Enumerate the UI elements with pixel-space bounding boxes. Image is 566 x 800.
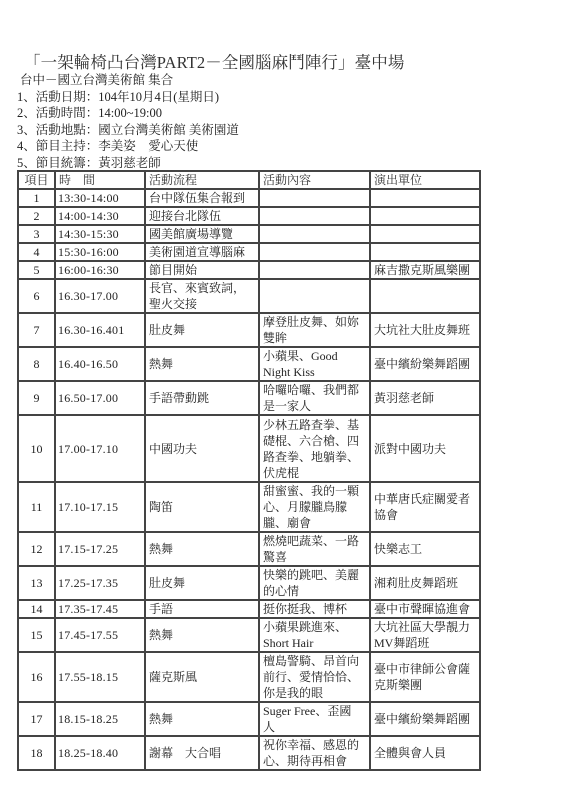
cell-item-no: 15 xyxy=(18,618,55,652)
cell-performer: 臺中市聲暉協進會 xyxy=(370,600,480,618)
table-row: 3 14:30-15:30 國美館廣場導覽 xyxy=(18,225,480,243)
cell-item-no: 14 xyxy=(18,600,55,618)
header-time: 時 間 xyxy=(55,171,145,189)
table-row: 13 17.25-17.35 肚皮舞 快樂的跳吧、美麗 的心情 湘莉肚皮舞蹈班 xyxy=(18,566,480,600)
table-row: 7 16.30-16.401 肚皮舞 摩登肚皮舞、如妳 雙眸 大坑社大肚皮舞班 xyxy=(18,313,480,347)
cell-time: 17.45-17.55 xyxy=(55,618,145,652)
header-performer: 演出單位 xyxy=(370,171,480,189)
cell-performer: 大坑社區大學靚力 MV舞蹈班 xyxy=(370,618,480,652)
cell-item-no: 12 xyxy=(18,532,55,566)
table-row: 4 15:30-16:00 美術園道宣導腦麻 xyxy=(18,243,480,261)
cell-performer: 湘莉肚皮舞蹈班 xyxy=(370,566,480,600)
cell-time: 17.15-17.25 xyxy=(55,532,145,566)
document-title: 「一架輪椅凸台灣PART2－全國腦麻鬥陣行」臺中場 xyxy=(24,53,404,72)
cell-performer xyxy=(370,243,480,261)
cell-content xyxy=(259,207,370,225)
cell-flow: 手語 xyxy=(145,600,259,618)
cell-time: 18.15-18.25 xyxy=(55,702,145,736)
cell-flow: 節目開始 xyxy=(145,261,259,279)
cell-flow: 台中隊伍集合報到 xyxy=(145,189,259,207)
cell-performer: 快樂志工 xyxy=(370,532,480,566)
header-flow: 活動流程 xyxy=(145,171,259,189)
info-location: 3、活動地點：國立台灣美術館 美術園道 xyxy=(17,122,239,139)
cell-performer: 黃羽慈老師 xyxy=(370,381,480,415)
cell-flow: 中國功夫 xyxy=(145,415,259,482)
cell-flow: 國美館廣場導覽 xyxy=(145,225,259,243)
info-time: 2、活動時間：14:00~19:00 xyxy=(17,105,239,122)
cell-item-no: 6 xyxy=(18,279,55,313)
table-row: 10 17.00-17.10 中國功夫 少林五路查拳、基 礎棍、六合槍、四 路查… xyxy=(18,415,480,482)
cell-time: 18.25-18.40 xyxy=(55,736,145,770)
cell-flow: 美術園道宣導腦麻 xyxy=(145,243,259,261)
cell-time: 16.30-16.401 xyxy=(55,313,145,347)
cell-item-no: 16 xyxy=(18,652,55,702)
cell-performer xyxy=(370,207,480,225)
cell-item-no: 1 xyxy=(18,189,55,207)
cell-item-no: 9 xyxy=(18,381,55,415)
cell-content xyxy=(259,279,370,313)
cell-performer: 大坑社大肚皮舞班 xyxy=(370,313,480,347)
cell-content: 祝你幸福、感恩的 心、期待再相會 xyxy=(259,736,370,770)
meeting-point: 台中－國立台灣美術館 集合 xyxy=(17,72,239,89)
cell-time: 17.35-17.45 xyxy=(55,600,145,618)
table-header-row: 項目 時 間 活動流程 活動內容 演出單位 xyxy=(18,171,480,189)
cell-content xyxy=(259,225,370,243)
info-date: 1、活動日期：104年10月4日(星期日) xyxy=(17,89,239,106)
event-info-block: 台中－國立台灣美術館 集合 1、活動日期：104年10月4日(星期日) 2、活動… xyxy=(17,72,239,172)
cell-content xyxy=(259,189,370,207)
cell-flow: 肚皮舞 xyxy=(145,566,259,600)
cell-time: 13:30-14:00 xyxy=(55,189,145,207)
cell-performer: 全體與會人員 xyxy=(370,736,480,770)
cell-performer: 臺中市律師公會薩 克斯樂團 xyxy=(370,652,480,702)
cell-flow: 迎接台北隊伍 xyxy=(145,207,259,225)
cell-content: 少林五路查拳、基 礎棍、六合槍、四 路查拳、地躺拳、 伏虎棍 xyxy=(259,415,370,482)
table-row: 5 16:00-16:30 節目開始 麻吉撒克斯風樂團 xyxy=(18,261,480,279)
cell-content: 甜蜜蜜、我的一顆 心、月朦朧鳥朦 朧、廟會 xyxy=(259,482,370,532)
cell-content xyxy=(259,243,370,261)
cell-flow: 陶笛 xyxy=(145,482,259,532)
cell-flow: 謝幕 大合唱 xyxy=(145,736,259,770)
cell-time: 14:00-14:30 xyxy=(55,207,145,225)
cell-item-no: 13 xyxy=(18,566,55,600)
table-row: 15 17.45-17.55 熱舞 小蘋果跳進來、 Short Hair 大坑社… xyxy=(18,618,480,652)
table-row: 12 17.15-17.25 熱舞 燃燒吧蔬菜、一路 驚喜 快樂志工 xyxy=(18,532,480,566)
header-content: 活動內容 xyxy=(259,171,370,189)
cell-performer xyxy=(370,225,480,243)
cell-flow: 熱舞 xyxy=(145,347,259,381)
cell-performer: 臺中繽紛樂舞蹈團 xyxy=(370,702,480,736)
cell-content: 燃燒吧蔬菜、一路 驚喜 xyxy=(259,532,370,566)
cell-item-no: 5 xyxy=(18,261,55,279)
table-row: 9 16.50-17.00 手語帶動跳 哈囉哈囉、我們都 是一家人 黃羽慈老師 xyxy=(18,381,480,415)
cell-time: 14:30-15:30 xyxy=(55,225,145,243)
cell-item-no: 8 xyxy=(18,347,55,381)
cell-flow: 熱舞 xyxy=(145,702,259,736)
cell-flow: 手語帶動跳 xyxy=(145,381,259,415)
table-row: 6 16.30-17.00 長官、來賓致詞， 聖火交接 xyxy=(18,279,480,313)
cell-item-no: 10 xyxy=(18,415,55,482)
cell-time: 16.30-17.00 xyxy=(55,279,145,313)
cell-item-no: 7 xyxy=(18,313,55,347)
cell-item-no: 17 xyxy=(18,702,55,736)
header-item-no: 項目 xyxy=(18,171,55,189)
table-row: 14 17.35-17.45 手語 挺你挺我、博杯 臺中市聲暉協進會 xyxy=(18,600,480,618)
cell-time: 16:00-16:30 xyxy=(55,261,145,279)
table-row: 8 16.40-16.50 熱舞 小蘋果、Good Night Kiss 臺中繽… xyxy=(18,347,480,381)
cell-content: 挺你挺我、博杯 xyxy=(259,600,370,618)
schedule-table: 項目 時 間 活動流程 活動內容 演出單位 1 13:30-14:00 台中隊伍… xyxy=(17,170,481,771)
cell-item-no: 2 xyxy=(18,207,55,225)
cell-performer: 麻吉撒克斯風樂團 xyxy=(370,261,480,279)
cell-performer: 臺中繽紛樂舞蹈團 xyxy=(370,347,480,381)
cell-performer: 派對中國功夫 xyxy=(370,415,480,482)
cell-content: 小蘋果、Good Night Kiss xyxy=(259,347,370,381)
cell-content: 小蘋果跳進來、 Short Hair xyxy=(259,618,370,652)
info-host: 4、節目主持：李美姿 愛心天使 xyxy=(17,138,239,155)
cell-time: 16.50-17.00 xyxy=(55,381,145,415)
cell-time: 16.40-16.50 xyxy=(55,347,145,381)
cell-content: 檀島警騎、昂首向 前行、愛情恰恰、 你是我的眼 xyxy=(259,652,370,702)
cell-time: 15:30-16:00 xyxy=(55,243,145,261)
cell-time: 17.10-17.15 xyxy=(55,482,145,532)
cell-item-no: 11 xyxy=(18,482,55,532)
cell-performer: 中華唐氏症關愛者 協會 xyxy=(370,482,480,532)
cell-content: 摩登肚皮舞、如妳 雙眸 xyxy=(259,313,370,347)
table-row: 16 17.55-18.15 薩克斯風 檀島警騎、昂首向 前行、愛情恰恰、 你是… xyxy=(18,652,480,702)
cell-time: 17.00-17.10 xyxy=(55,415,145,482)
cell-content: 快樂的跳吧、美麗 的心情 xyxy=(259,566,370,600)
cell-content: Suger Free、歪國 人 xyxy=(259,702,370,736)
cell-item-no: 18 xyxy=(18,736,55,770)
cell-flow: 肚皮舞 xyxy=(145,313,259,347)
cell-time: 17.55-18.15 xyxy=(55,652,145,702)
cell-performer xyxy=(370,279,480,313)
cell-flow: 長官、來賓致詞， 聖火交接 xyxy=(145,279,259,313)
cell-item-no: 4 xyxy=(18,243,55,261)
cell-content xyxy=(259,261,370,279)
cell-flow: 薩克斯風 xyxy=(145,652,259,702)
table-row: 18 18.25-18.40 謝幕 大合唱 祝你幸福、感恩的 心、期待再相會 全… xyxy=(18,736,480,770)
cell-time: 17.25-17.35 xyxy=(55,566,145,600)
cell-item-no: 3 xyxy=(18,225,55,243)
table-row: 2 14:00-14:30 迎接台北隊伍 xyxy=(18,207,480,225)
table-row: 1 13:30-14:00 台中隊伍集合報到 xyxy=(18,189,480,207)
table-row: 17 18.15-18.25 熱舞 Suger Free、歪國 人 臺中繽紛樂舞… xyxy=(18,702,480,736)
cell-flow: 熱舞 xyxy=(145,618,259,652)
cell-content: 哈囉哈囉、我們都 是一家人 xyxy=(259,381,370,415)
cell-flow: 熱舞 xyxy=(145,532,259,566)
cell-performer xyxy=(370,189,480,207)
table-row: 11 17.10-17.15 陶笛 甜蜜蜜、我的一顆 心、月朦朧鳥朦 朧、廟會 … xyxy=(18,482,480,532)
